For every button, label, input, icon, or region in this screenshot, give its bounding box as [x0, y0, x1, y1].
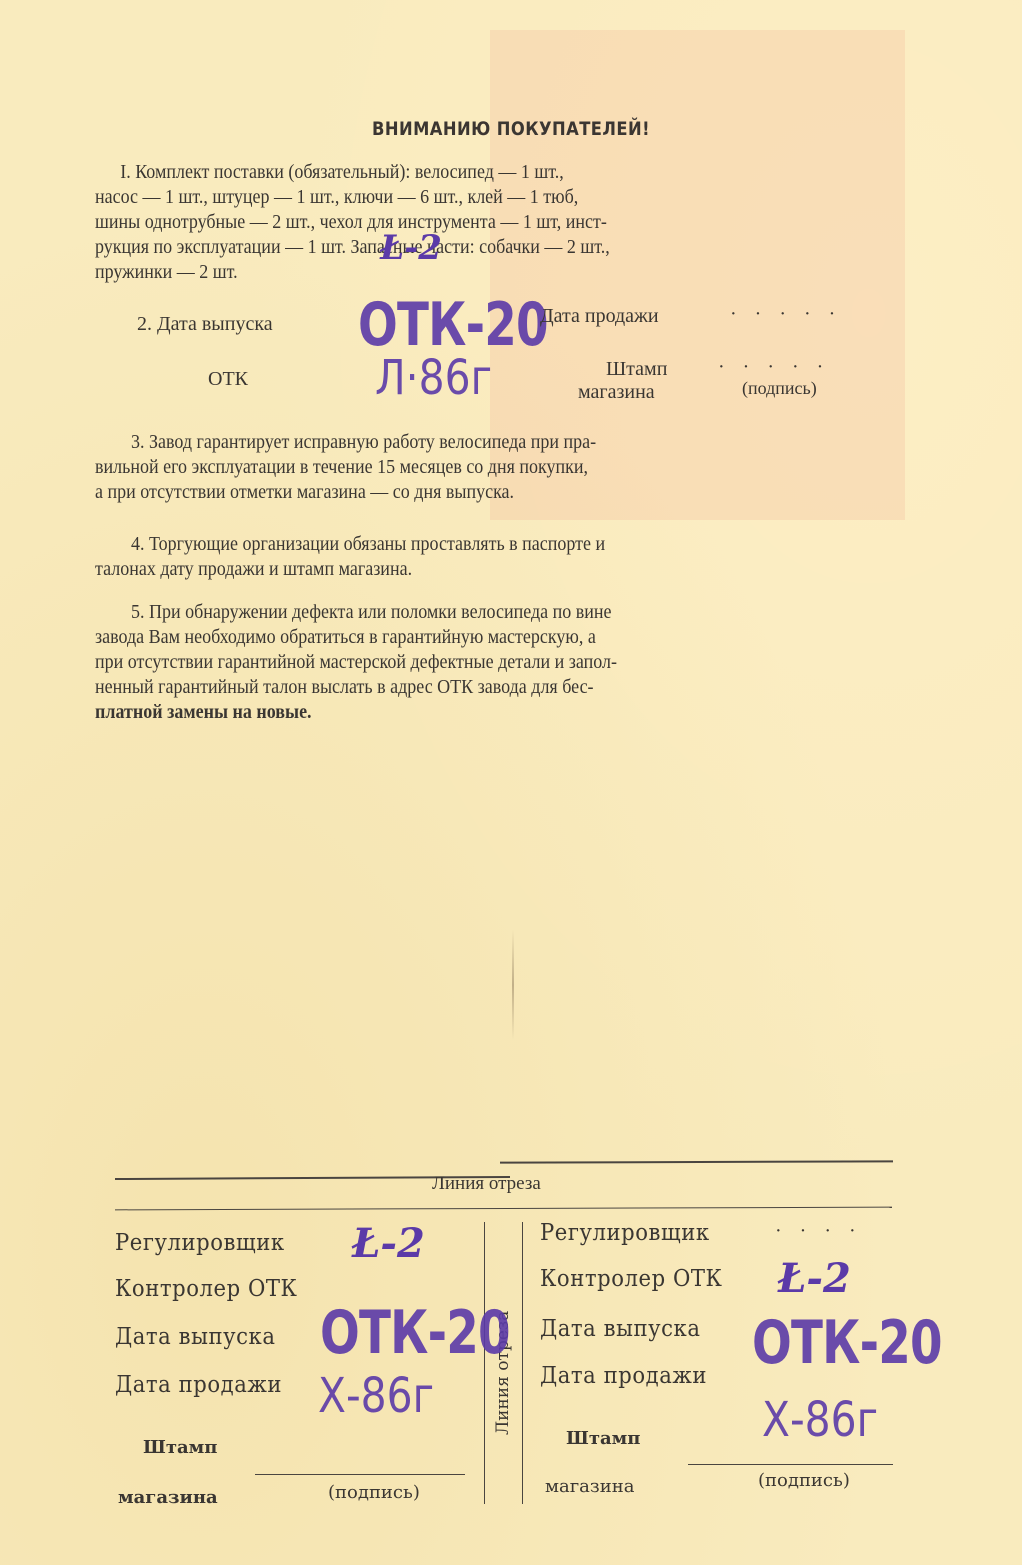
left-signature-line — [255, 1474, 465, 1475]
para-line: талонах дату продажи и штамп магазина. — [95, 557, 874, 582]
sale-date-label: Дата продажи — [540, 305, 659, 328]
para-line: завода Вам необходимо обратиться в гаран… — [95, 625, 874, 650]
signature-label: (подпись) — [742, 378, 817, 399]
para-line: 3. Завод гарантирует исправную работу ве… — [95, 430, 874, 455]
left-date-stamp: Х-86г — [318, 1368, 434, 1424]
left-release-date-label: Дата выпуска — [115, 1324, 275, 1350]
right-regulator-dots: ···· — [775, 1220, 874, 1243]
left-stamp-label: Штамп — [143, 1437, 217, 1458]
left-sale-date-label: Дата продажи — [115, 1372, 282, 1398]
right-inspector-mark: Ł-2 — [778, 1255, 851, 1302]
para-line: шины однотрубные — 2 шт., чехол для инст… — [95, 210, 874, 235]
right-date-stamp: Х-86г — [762, 1392, 878, 1448]
left-controller-label: Контролер ОТК — [115, 1276, 297, 1302]
para-line: вильной его эксплуатации в течение 15 ме… — [95, 455, 874, 480]
cut-line-label: Линия отреза — [432, 1173, 541, 1195]
right-otk-stamp: ОТК-20 — [752, 1308, 942, 1378]
right-signature-label: (подпись) — [758, 1470, 850, 1491]
cut-line-top-right — [500, 1160, 893, 1163]
right-signature-line — [688, 1464, 893, 1465]
right-regulator-label: Регулировщик — [540, 1220, 710, 1246]
inspector-mark-top: Ł-2 — [380, 228, 442, 268]
para-line: а при отсутствии отметки магазина — со д… — [95, 480, 874, 505]
para-line: 4. Торгующие организации обязаны простав… — [95, 532, 874, 557]
signature-dots: ····· — [718, 356, 841, 379]
para-line: I. Комплект поставки (обязательный): вел… — [95, 160, 874, 185]
left-inspector-mark: Ł-2 — [352, 1220, 425, 1267]
para-line: насос — 1 шт., штуцер — 1 шт., ключи — 6… — [95, 185, 874, 210]
right-shop-label: магазина — [545, 1476, 634, 1497]
shop-stamp-label: Штамп — [606, 358, 667, 381]
left-shop-label: магазина — [118, 1487, 218, 1508]
date-stamp-top: Л·86г — [375, 350, 492, 406]
release-date-label: 2. Дата выпуска — [137, 313, 273, 336]
vertical-cut-line-right — [522, 1222, 523, 1504]
cut-line-bottom — [115, 1207, 892, 1211]
para-line: 5. При обнаружении дефекта или поломки в… — [95, 600, 874, 625]
para-line: платной замены на новые. — [95, 700, 874, 725]
para-line: ненный гарантийный талон выслать в адрес… — [95, 675, 874, 700]
left-signature-label: (подпись) — [328, 1482, 420, 1503]
paragraph-5: 5. При обнаружении дефекта или поломки в… — [95, 600, 874, 725]
left-otk-stamp: ОТК-20 — [320, 1298, 510, 1368]
left-regulator-label: Регулировщик — [115, 1230, 285, 1256]
paragraph-3: 3. Завод гарантирует исправную работу ве… — [95, 430, 874, 505]
right-stamp-label: Штамп — [566, 1428, 640, 1449]
paragraph-1: I. Комплект поставки (обязательный): вел… — [95, 160, 874, 285]
para-line: при отсутствии гарантийной мастерской де… — [95, 650, 874, 675]
otk-label: ОТК — [208, 368, 248, 391]
right-controller-label: Контролер ОТК — [540, 1266, 722, 1292]
paper-fold-crease — [512, 930, 514, 1040]
sale-date-dots: ····· — [730, 303, 853, 326]
right-release-date-label: Дата выпуска — [540, 1316, 700, 1342]
paragraph-4: 4. Торгующие организации обязаны простав… — [95, 532, 874, 582]
shop-stamp-label-2: магазина — [578, 381, 655, 404]
para-line: пружинки — 2 шт. — [95, 260, 874, 285]
para-line: рукция по эксплуатации — 1 шт. Запасные … — [95, 235, 874, 260]
page-title: ВНИМАНИЮ ПОКУПАТЕЛЕЙ! — [72, 118, 951, 140]
right-sale-date-label: Дата продажи — [540, 1363, 707, 1389]
